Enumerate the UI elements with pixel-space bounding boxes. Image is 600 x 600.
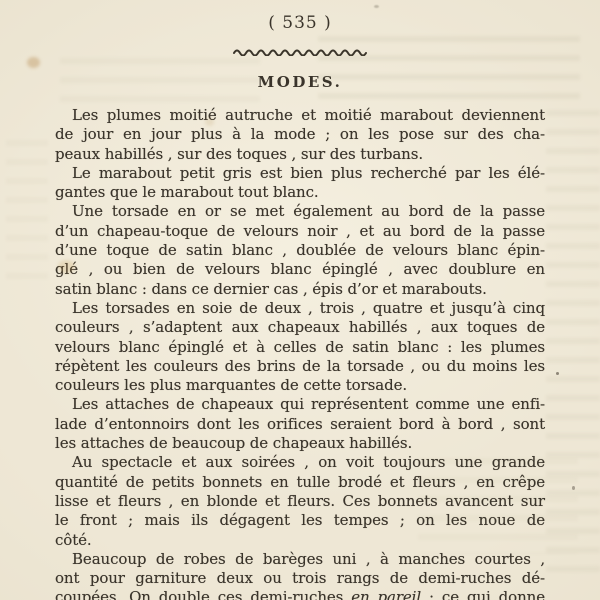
squiggle-rule-ornament: [0, 47, 600, 56]
text-segment: d’une toque de satin blanc , doublée de …: [55, 241, 545, 259]
text-segment: Les torsades en soie de deux , trois , q…: [72, 299, 545, 317]
text-segment: les attaches de beaucoup de chapeaux hab…: [55, 434, 412, 452]
text-segment: velours blanc épinglé et à celles de sat…: [55, 338, 545, 356]
text-segment: répètent les couleurs des brins de la to…: [55, 357, 545, 375]
text-segment: peaux habillés , sur des toques , sur de…: [55, 145, 423, 163]
text-line: répètent les couleurs des brins de la to…: [55, 357, 545, 376]
text-line: peaux habillés , sur des toques , sur de…: [55, 145, 545, 164]
text-line: Une torsade en or se met également au bo…: [55, 202, 545, 221]
fox-spot: [27, 57, 40, 68]
text-segment: Le marabout petit gris est bien plus rec…: [72, 164, 545, 182]
text-segment: Une torsade en or se met également au bo…: [72, 202, 545, 220]
text-segment: coupées. On double ces demi-ruches: [55, 588, 351, 600]
paragraph: Beaucoup de robes de barèges uni , à man…: [55, 550, 545, 600]
italic-text: en pareil: [351, 588, 421, 600]
text-line: ont pour garniture deux ou trois rangs d…: [55, 569, 545, 588]
text-line: le front ; mais ils dégagent les tempes …: [55, 511, 545, 530]
page-number: ( 535 ): [0, 0, 600, 34]
text-segment: glé , ou bien de velours blanc épinglé ,…: [55, 260, 545, 278]
text-line: d’un chapeau-toque de velours noir , et …: [55, 222, 545, 241]
text-segment: le front ; mais ils dégagent les tempes …: [55, 511, 545, 529]
text-segment: ; ce qui donne: [421, 588, 545, 600]
text-segment: lade d’entonnoirs dont les orifices sera…: [55, 415, 545, 433]
text-line: glé , ou bien de velours blanc épinglé ,…: [55, 260, 545, 279]
text-segment: Beaucoup de robes de barèges uni , à man…: [72, 550, 545, 568]
text-segment: couleurs , s’adaptent aux chapeaux habil…: [55, 318, 545, 336]
text-segment: quantité de petits bonnets en tulle brod…: [55, 473, 545, 491]
text-line: gantes que le marabout tout blanc.: [55, 183, 545, 202]
text-segment: gantes que le marabout tout blanc.: [55, 183, 319, 201]
text-line: Au spectacle et aux soirées , on voit to…: [55, 453, 545, 472]
paragraph: Les plumes moitié autruche et moitié mar…: [55, 106, 545, 164]
text-line: Les torsades en soie de deux , trois , q…: [55, 299, 545, 318]
text-line: velours blanc épinglé et à celles de sat…: [55, 338, 545, 357]
paragraph: Une torsade en or se met également au bo…: [55, 202, 545, 298]
book-page: ( 535 ) MODES. Les plumes moitié autruch…: [0, 0, 600, 600]
text-line: côté.: [55, 531, 545, 550]
text-segment: de jour en jour plus à la mode ; on les …: [55, 125, 545, 143]
text-line: Beaucoup de robes de barèges uni , à man…: [55, 550, 545, 569]
text-segment: Au spectacle et aux soirées , on voit to…: [72, 453, 545, 471]
text-line: lisse et fleurs , en blonde et fleurs. C…: [55, 492, 545, 511]
text-segment: lisse et fleurs , en blonde et fleurs. C…: [55, 492, 545, 510]
text-line: Les plumes moitié autruche et moitié mar…: [55, 106, 545, 125]
text-segment: côté.: [55, 531, 92, 549]
section-title: MODES.: [0, 73, 600, 92]
text-line: satin blanc : dans ce dernier cas , épis…: [55, 280, 545, 299]
text-line: lade d’entonnoirs dont les orifices sera…: [55, 415, 545, 434]
paragraph: Les torsades en soie de deux , trois , q…: [55, 299, 545, 395]
text-line: les attaches de beaucoup de chapeaux hab…: [55, 434, 545, 453]
text-segment: d’un chapeau-toque de velours noir , et …: [55, 222, 545, 240]
text-line: de jour en jour plus à la mode ; on les …: [55, 125, 545, 144]
text-line: Les attaches de chapeaux qui représenten…: [55, 395, 545, 414]
text-body: Les plumes moitié autruche et moitié mar…: [0, 106, 600, 600]
text-line: quantité de petits bonnets en tulle brod…: [55, 473, 545, 492]
text-segment: satin blanc : dans ce dernier cas , épis…: [55, 280, 487, 298]
text-segment: couleurs les plus marquantes de cette to…: [55, 376, 407, 394]
text-segment: Les plumes moitié autruche et moitié mar…: [72, 106, 545, 124]
paragraph: Le marabout petit gris est bien plus rec…: [55, 164, 545, 203]
paragraph: Les attaches de chapeaux qui représenten…: [55, 395, 545, 453]
text-line: couleurs les plus marquantes de cette to…: [55, 376, 545, 395]
text-line: d’une toque de satin blanc , doublée de …: [55, 241, 545, 260]
text-segment: ont pour garniture deux ou trois rangs d…: [55, 569, 545, 587]
paragraph: Au spectacle et aux soirées , on voit to…: [55, 453, 545, 549]
text-line: coupées. On double ces demi-ruches en pa…: [55, 588, 545, 600]
text-line: couleurs , s’adaptent aux chapeaux habil…: [55, 318, 545, 337]
text-line: Le marabout petit gris est bien plus rec…: [55, 164, 545, 183]
text-segment: Les attaches de chapeaux qui représenten…: [72, 395, 545, 413]
